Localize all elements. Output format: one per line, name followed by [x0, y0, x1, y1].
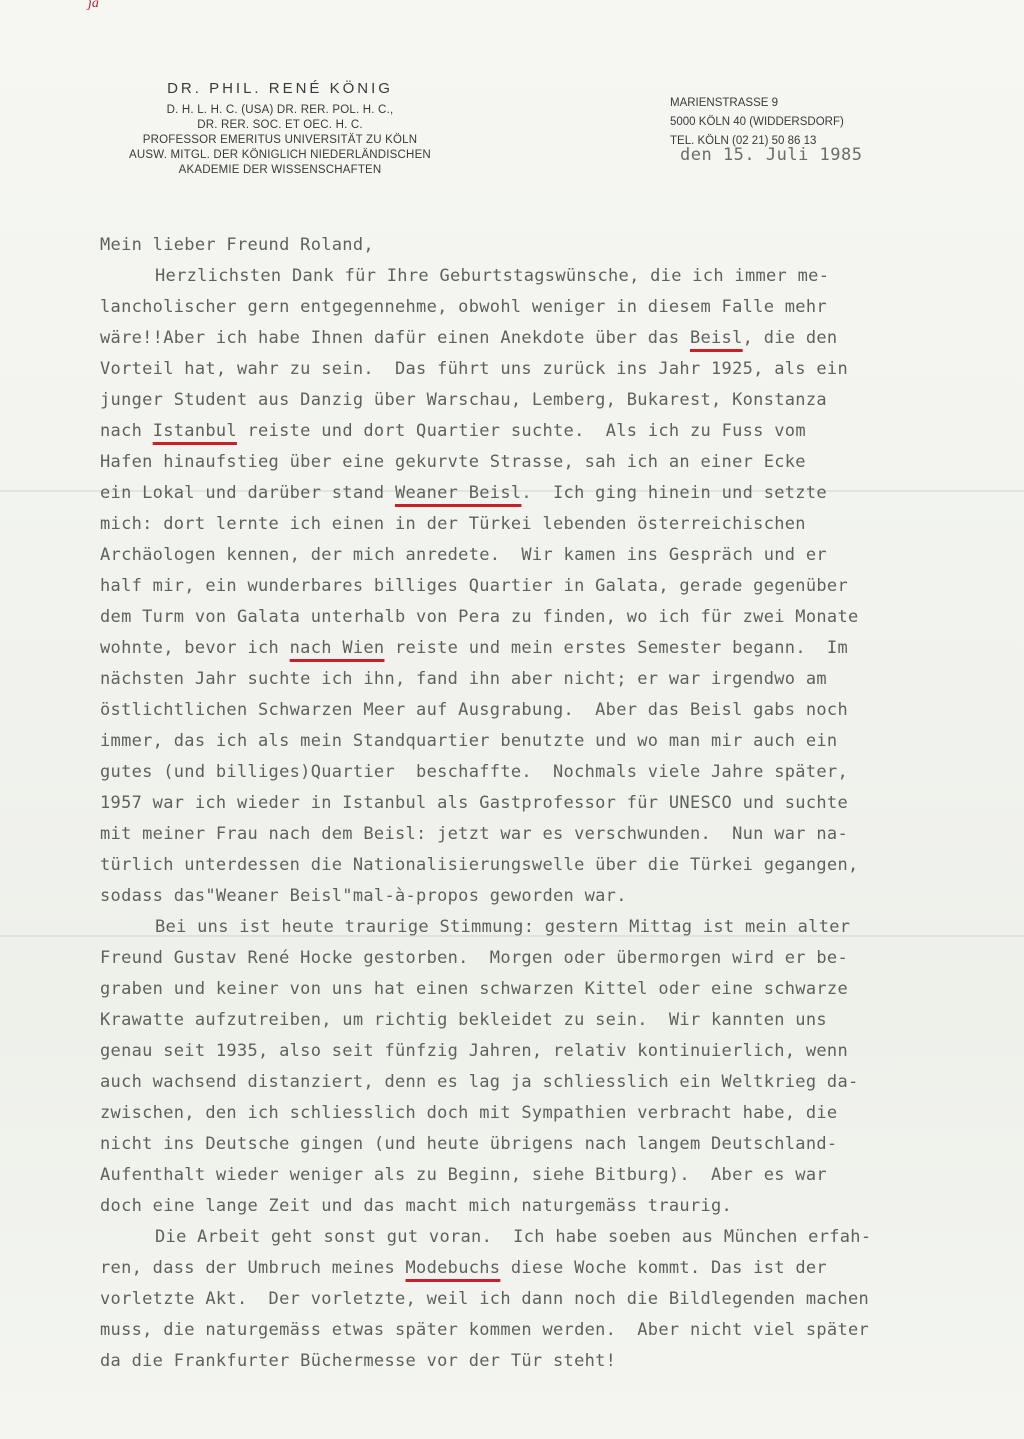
text-line: Archäologen kennen, der mich anredete. W…: [100, 540, 980, 571]
text-line: ein Lokal und darüber stand Weaner Beisl…: [100, 478, 980, 509]
text-line: Vorteil hat, wahr zu sein. Das führt uns…: [100, 354, 980, 385]
text-line: Freund Gustav René Hocke gestorben. Morg…: [100, 943, 980, 974]
sender-title: AKADEMIE DER WISSENSCHAFTEN: [100, 163, 460, 178]
text-line: Bei uns ist heute traurige Stimmung: ges…: [100, 912, 980, 943]
red-underline: Weaner Beisl: [395, 483, 521, 503]
text-line: vorletzte Akt. Der vorletzte, weil ich d…: [100, 1284, 980, 1315]
text-line: dem Turm von Galata unterhalb von Pera z…: [100, 602, 980, 633]
text-line: da die Frankfurter Büchermesse vor der T…: [100, 1346, 980, 1377]
letter-page: ja DR. PHIL. RENÉ KÖNIG D. H. L. H. C. (…: [0, 0, 1024, 1439]
salutation: Mein lieber Freund Roland,: [100, 230, 980, 261]
text-line: lancholischer gern entgegennehme, obwohl…: [100, 292, 980, 323]
text-line: immer, das ich als mein Standquartier be…: [100, 726, 980, 757]
text-line: mich: dort lernte ich einen in der Türke…: [100, 509, 980, 540]
text-line: nächsten Jahr suchte ich ihn, fand ihn a…: [100, 664, 980, 695]
text-line: nicht ins Deutsche gingen (und heute übr…: [100, 1129, 980, 1160]
text-line: junger Student aus Danzig über Warschau,…: [100, 385, 980, 416]
text-line: mit meiner Frau nach dem Beisl: jetzt wa…: [100, 819, 980, 850]
red-underline: Beisl: [690, 328, 743, 348]
text-line: Hafen hinaufstieg über eine gekurvte Str…: [100, 447, 980, 478]
red-underline: Istanbul: [153, 421, 237, 441]
sender-address: MARIENSTRASSE 9 5000 KÖLN 40 (WIDDERSDOR…: [670, 94, 844, 151]
text-line: 1957 war ich wieder in Istanbul als Gast…: [100, 788, 980, 819]
text-line: graben und keiner von uns hat einen schw…: [100, 974, 980, 1005]
red-underline: Modebuchs: [406, 1258, 501, 1278]
sender-title: PROFESSOR EMERITUS UNIVERSITÄT ZU KÖLN: [100, 133, 460, 148]
text-line: Aufenthalt wieder weniger als zu Beginn,…: [100, 1160, 980, 1191]
text-line: doch eine lange Zeit und das macht mich …: [100, 1191, 980, 1222]
text-line: sodass das"Weaner Beisl"mal-à-propos gew…: [100, 881, 980, 912]
letterhead: DR. PHIL. RENÉ KÖNIG D. H. L. H. C. (USA…: [100, 80, 460, 178]
red-underline: nach Wien: [290, 638, 385, 658]
text-line: gutes (und billiges)Quartier beschaffte.…: [100, 757, 980, 788]
text-line: genau seit 1935, also seit fünfzig Jahre…: [100, 1036, 980, 1067]
text-line: wäre!!Aber ich habe Ihnen dafür einen An…: [100, 323, 980, 354]
text-line: muss, die naturgemäss etwas später komme…: [100, 1315, 980, 1346]
text-line: zwischen, den ich schliesslich doch mit …: [100, 1098, 980, 1129]
text-line: wohnte, bevor ich nach Wien reiste und m…: [100, 633, 980, 664]
sender-name: DR. PHIL. RENÉ KÖNIG: [100, 80, 460, 97]
text-line: Die Arbeit geht sonst gut voran. Ich hab…: [100, 1222, 980, 1253]
sender-title: DR. RER. SOC. ET OEC. H. C.: [100, 118, 460, 133]
text-line: nach Istanbul reiste und dort Quartier s…: [100, 416, 980, 447]
letter-date: den 15. Juli 1985: [680, 145, 863, 165]
text-line: Herzlichsten Dank für Ihre Geburtstagswü…: [100, 261, 980, 292]
text-line: türlich unterdessen die Nationalisierung…: [100, 850, 980, 881]
address-city: 5000 KÖLN 40 (WIDDERSDORF): [670, 113, 844, 132]
text-line: half mir, ein wunderbares billiges Quart…: [100, 571, 980, 602]
text-line: östlichtlichen Schwarzen Meer auf Ausgra…: [100, 695, 980, 726]
text-line: ren, dass der Umbruch meines Modebuchs d…: [100, 1253, 980, 1284]
paragraphs: Herzlichsten Dank für Ihre Geburtstagswü…: [100, 261, 980, 1377]
sender-title: AUSW. MITGL. DER KÖNIGLICH NIEDERLÄNDISC…: [100, 148, 460, 163]
address-street: MARIENSTRASSE 9: [670, 94, 844, 113]
corner-annotation: ja: [88, 0, 99, 12]
sender-title: D. H. L. H. C. (USA) DR. RER. POL. H. C.…: [100, 103, 460, 118]
text-line: Krawatte aufzutreiben, um richtig beklei…: [100, 1005, 980, 1036]
text-line: auch wachsend distanziert, denn es lag j…: [100, 1067, 980, 1098]
letter-body: Mein lieber Freund Roland, Herzlichsten …: [100, 230, 980, 1377]
